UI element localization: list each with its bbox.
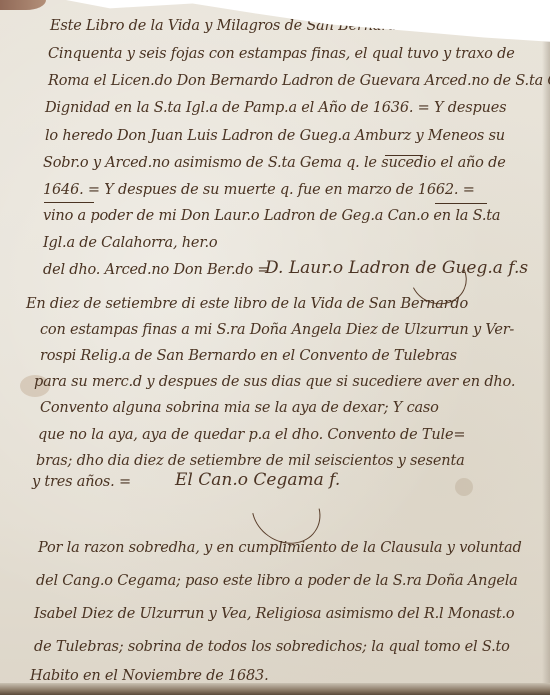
entry-1-line-1: Este Libro de la Vida y Milagros de San … [50, 18, 462, 34]
entry-2-line-6: que no la aya, aya de quedar p.a el dho.… [38, 427, 465, 443]
entry-1-line-4: Dignidad en la S.ta Igl.a de Pamp.a el A… [45, 100, 506, 116]
manuscript-page: Este Libro de la Vida y Milagros de San … [0, 0, 550, 695]
entry-1-line-10: del dho. Arced.no Don Ber.do = [43, 262, 269, 278]
year-underline [435, 203, 487, 204]
year-underline [385, 155, 423, 156]
entry-3-line-1: Por la razon sobredha, y en cumplimiento… [38, 540, 522, 556]
entry-3-line-5: Habito en el Noviembre de 1683. [30, 668, 269, 684]
entry-1-line-5: lo heredo Don Juan Luis Ladron de Gueg.a… [45, 128, 505, 144]
entry-1-line-2: Cinquenta y seis fojas con estampas fina… [48, 46, 515, 62]
entry-2-line-4: para su merc.d y despues de sus dias que… [34, 374, 515, 390]
entry-2-line-5: Convento alguna sobrina mia se la aya de… [40, 400, 439, 416]
page-bottom-edge [0, 683, 550, 695]
entry-3-line-3: Isabel Diez de Ulzurrun y Vea, Religiosa… [34, 606, 514, 622]
entry-2-line-2: con estampas finas a mi S.ra Doña Angela… [40, 322, 514, 338]
entry-2-line-3: rospi Relig.a de San Bernardo en el Conv… [40, 348, 457, 364]
entry-3-line-2: del Cang.o Cegama; paso este libro a pod… [36, 573, 518, 589]
entry-1-line-8: vino a poder de mi Don Laur.o Ladron de … [43, 208, 500, 224]
entry-1-signature: D. Laur.o Ladron de Gueg.a f.s [265, 258, 528, 278]
entry-1-line-3: Roma el Licen.do Don Bernardo Ladron de … [48, 73, 550, 89]
entry-1-line-6: Sobr.o y Arced.no asimismo de S.ta Gema … [43, 155, 506, 171]
entry-2-line-8: y tres años. = [32, 474, 131, 490]
manuscript-text: Este Libro de la Vida y Milagros de San … [0, 0, 550, 695]
entry-2-line-1: En diez de setiembre di este libro de la… [26, 296, 468, 312]
entry-1-line-9: Igl.a de Calahorra, her.o [43, 235, 217, 251]
entry-2-line-7: bras; dho dia diez de setiembre de mil s… [36, 453, 465, 469]
year-underline [44, 202, 94, 203]
entry-3-line-4: de Tulebras; sobrina de todos los sobred… [34, 639, 510, 655]
entry-1-line-7: 1646. = Y despues de su muerte q. fue en… [43, 182, 475, 198]
